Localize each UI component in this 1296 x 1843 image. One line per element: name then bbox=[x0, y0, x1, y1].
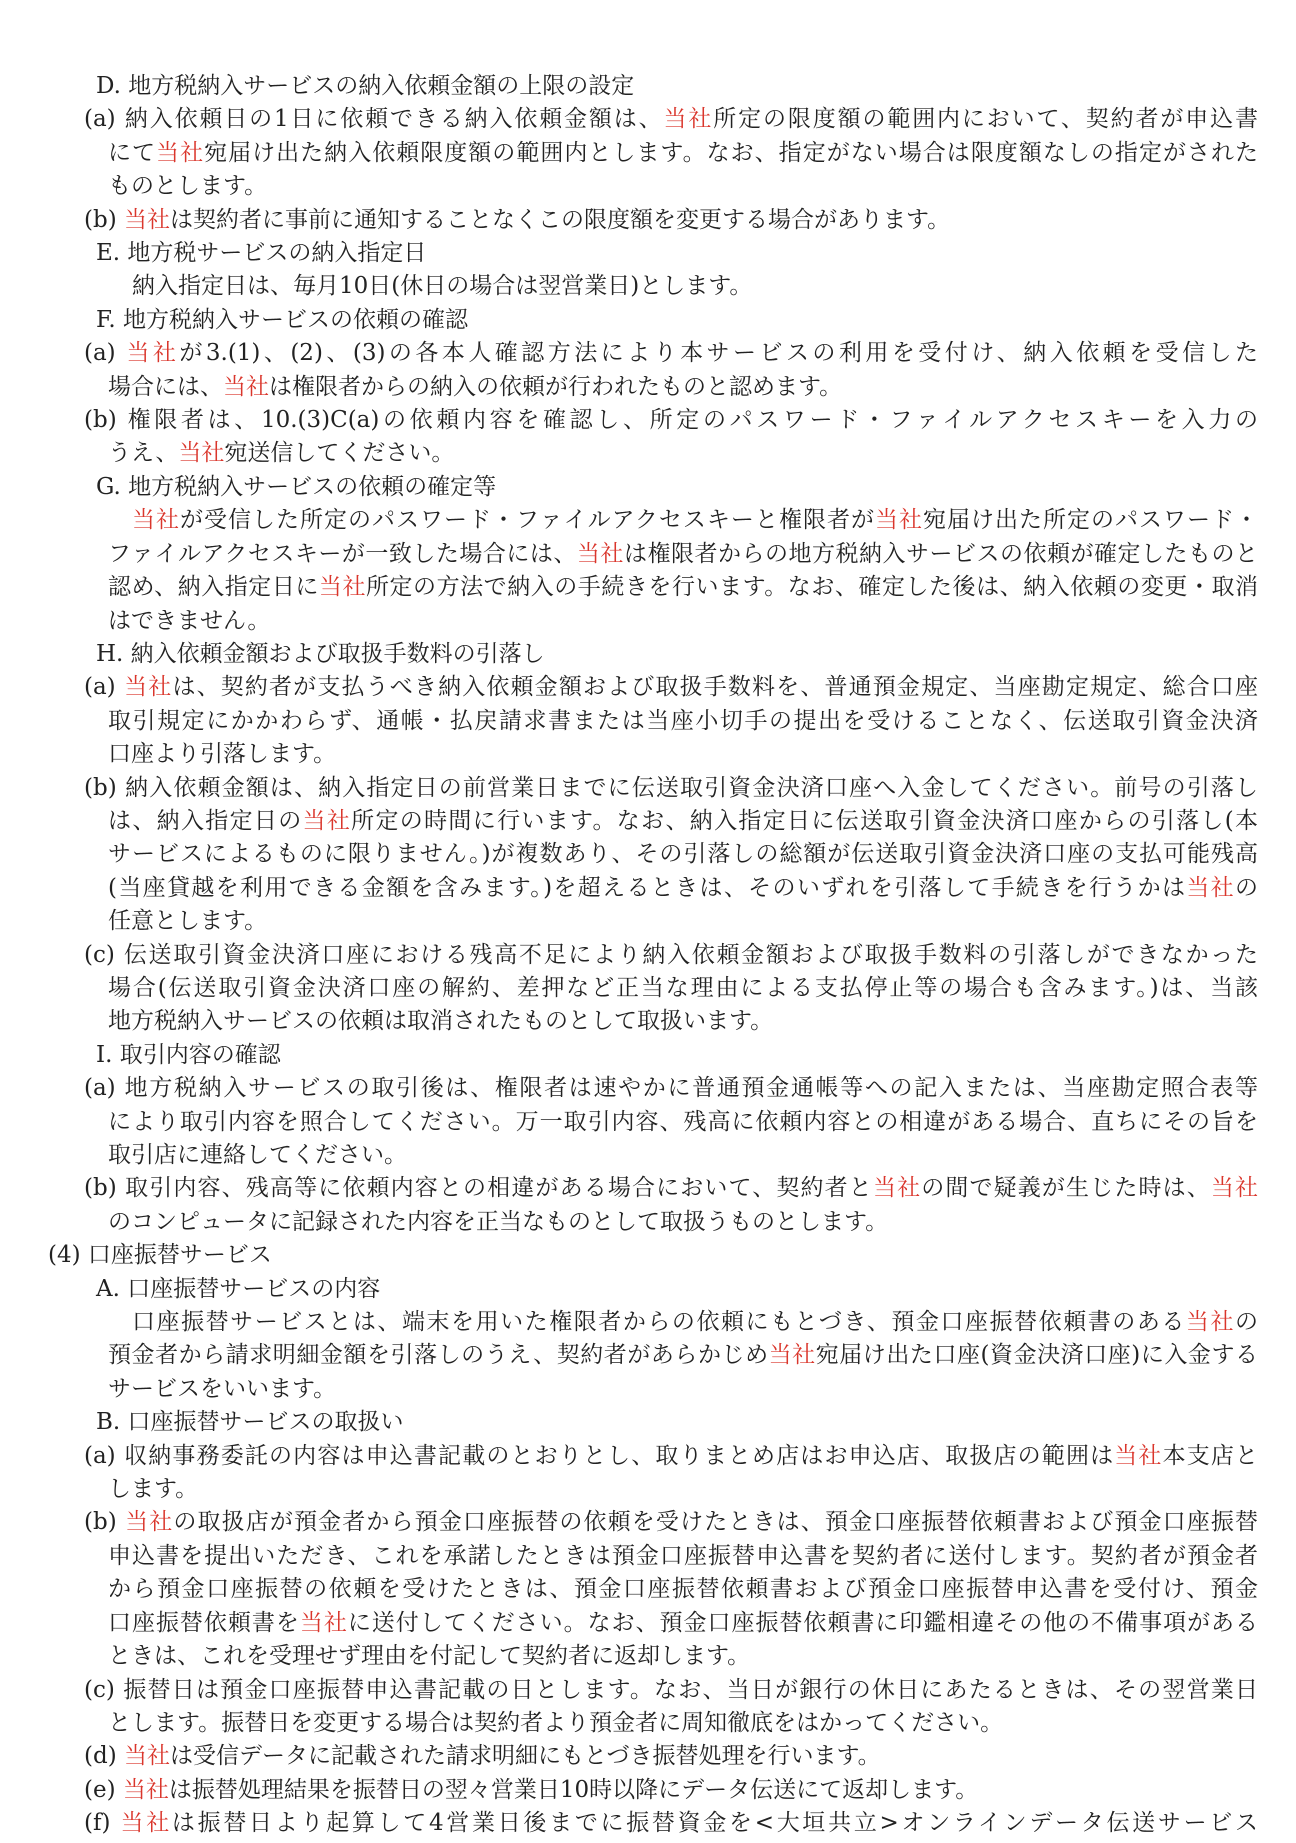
company-term-highlight: 当社 bbox=[873, 1175, 921, 1201]
text-segment: サービスによるものに限りません。)が複数あり、その引落しの総額が伝送取引資金決済… bbox=[108, 841, 1258, 867]
text-segment: 認め、納入指定日に bbox=[108, 574, 319, 600]
text-segment: が受信した所定のパスワード・ファイルアクセスキーと権限者が bbox=[180, 507, 875, 533]
text-line: 口座振替依頼書を当社に送付してください。なお、預金口座振替依頼書に印鑑相違その他… bbox=[0, 1607, 1258, 1640]
text-line: I. 取引内容の確認 bbox=[0, 1039, 1258, 1072]
text-segment: (f) bbox=[84, 1810, 120, 1836]
company-term-highlight: 当社 bbox=[126, 340, 179, 366]
text-line: サービスをいいます。 bbox=[0, 1373, 1258, 1406]
text-segment: B. 口座振替サービスの取扱い bbox=[96, 1409, 404, 1435]
text-segment: 申込書を提出いただき、これを承諾したときは預金口座振替申込書を契約者に送付します… bbox=[108, 1543, 1258, 1569]
text-line: 場合には、当社は権限者からの納入の依頼が行われたものと認めます。 bbox=[0, 371, 1258, 404]
text-line: (f) 当社は振替日より起算して4営業日後までに振替資金を<大垣共立>オンライン… bbox=[0, 1807, 1258, 1840]
text-line: 預金者から請求明細金額を引落しのうえ、契約者があらかじめ当社宛届け出た口座(資金… bbox=[0, 1339, 1258, 1372]
company-term-highlight: 当社 bbox=[156, 140, 204, 166]
company-term-highlight: 当社 bbox=[124, 207, 170, 233]
text-segment: 納入指定日は、毎月10日(休日の場合は翌営業日)とします。 bbox=[132, 273, 752, 299]
text-segment: 口座振替サービスとは、端末を用いた権限者からの依頼にもとづき、預金口座振替依頼書… bbox=[132, 1309, 1186, 1335]
text-segment: うえ、 bbox=[108, 440, 178, 466]
text-segment: (d) bbox=[84, 1743, 124, 1769]
text-line: 場合(伝送取引資金決済口座の解約、差押など正当な理由による支払停止等の場合も含み… bbox=[0, 972, 1258, 1005]
text-segment: (b) 納入依頼金額は、納入指定日の前営業日までに伝送取引資金決済口座へ入金して… bbox=[84, 775, 1258, 801]
text-segment: H. 納入依頼金額および取扱手数料の引落し bbox=[96, 641, 545, 667]
text-line: D. 地方税納入サービスの納入依頼金額の上限の設定 bbox=[0, 70, 1258, 103]
text-line: 取引規定にかかわらず、通帳・払戻請求書または当座小切手の提出を受けることなく、伝… bbox=[0, 705, 1258, 738]
company-term-highlight: 当社 bbox=[1186, 1309, 1235, 1335]
text-line: H. 納入依頼金額および取扱手数料の引落し bbox=[0, 638, 1258, 671]
text-segment: が3.(1)、(2)、(3)の各本人確認方法により本サービスの利用を受付け、納入… bbox=[179, 340, 1258, 366]
text-segment: 所定の限度額の範囲内において、契約者が申込書 bbox=[713, 106, 1258, 132]
company-term-highlight: 当社 bbox=[664, 106, 714, 132]
text-segment: (b) bbox=[84, 207, 124, 233]
text-segment: 宛届け出た納入依頼限度額の範囲内とします。なお、指定がない場合は限度額なしの指定… bbox=[204, 140, 1258, 166]
text-line: (d) 当社は受信データに記載された請求明細にもとづき振替処理を行います。 bbox=[0, 1740, 1258, 1773]
text-segment: とします。振替日を変更する場合は契約者より預金者に周知徹底をはかってください。 bbox=[108, 1710, 1003, 1736]
text-line: 認め、納入指定日に当社所定の方法で納入の手続きを行います。なお、確定した後は、納… bbox=[0, 571, 1258, 604]
text-segment: はできません。 bbox=[108, 608, 270, 634]
company-term-highlight: 当社 bbox=[1114, 1443, 1162, 1469]
text-line: (a) 当社が3.(1)、(2)、(3)の各本人確認方法により本サービスの利用を… bbox=[0, 337, 1258, 370]
text-line: (4) 口座振替サービス bbox=[0, 1239, 1258, 1272]
text-line: (e) 当社は振替処理結果を振替日の翌々営業日10時以降にデータ伝送にて返却しま… bbox=[0, 1774, 1258, 1807]
text-line: にて当社宛届け出た納入依頼限度額の範囲内とします。なお、指定がない場合は限度額な… bbox=[0, 137, 1258, 170]
company-term-highlight: 当社 bbox=[1211, 1175, 1258, 1201]
text-segment: (a) 収納事務委託の内容は申込書記載のとおりとし、取りまとめ店はお申込店、取扱… bbox=[84, 1443, 1114, 1469]
text-line: 納入指定日は、毎月10日(休日の場合は翌営業日)とします。 bbox=[0, 270, 1258, 303]
text-segment: 口座振替依頼書を bbox=[108, 1610, 300, 1636]
text-segment: は契約者に事前に通知することなくこの限度額を変更する場合があります。 bbox=[170, 207, 950, 233]
text-segment: I. 取引内容の確認 bbox=[96, 1042, 281, 1068]
company-term-highlight: 当社 bbox=[303, 808, 352, 834]
text-segment: 所定の方法で納入の手続きを行います。なお、確定した後は、納入依頼の変更・取消 bbox=[366, 574, 1258, 600]
text-segment: F. 地方税納入サービスの依頼の確認 bbox=[96, 307, 468, 333]
text-line: により取引内容を照合してください。万一取引内容、残高に依頼内容との相違がある場合… bbox=[0, 1106, 1258, 1139]
text-line: (a) 納入依頼日の1日に依頼できる納入依頼金額は、当社所定の限度額の範囲内にお… bbox=[0, 103, 1258, 136]
text-segment: の取扱店が預金者から預金口座振替の依頼を受けたときは、預金口座振替依頼書および預… bbox=[173, 1509, 1258, 1535]
text-line: うえ、当社宛送信してください。 bbox=[0, 437, 1258, 470]
document-body: D. 地方税納入サービスの納入依頼金額の上限の設定(a) 納入依頼日の1日に依頼… bbox=[0, 70, 1258, 1841]
text-segment: 本支店と bbox=[1163, 1443, 1258, 1469]
text-segment: 地方税納入サービスの依頼は取消されたものとして取扱います。 bbox=[108, 1008, 773, 1034]
text-segment: にて bbox=[108, 140, 156, 166]
company-term-highlight: 当社 bbox=[124, 674, 172, 700]
text-segment: 任意とします。 bbox=[108, 908, 267, 934]
text-segment: 所定の時間に行います。なお、納入指定日に伝送取引資金決済口座からの引落し(本 bbox=[351, 808, 1258, 834]
text-segment: (e) bbox=[84, 1777, 123, 1803]
text-segment: (a) 納入依頼日の1日に依頼できる納入依頼金額は、 bbox=[84, 106, 664, 132]
text-segment: ファイルアクセスキーが一致した場合には、 bbox=[108, 541, 577, 567]
text-segment: により取引内容を照合してください。万一取引内容、残高に依頼内容との相違がある場合… bbox=[108, 1109, 1258, 1135]
company-term-highlight: 当社 bbox=[178, 440, 224, 466]
company-term-highlight: 当社 bbox=[132, 507, 180, 533]
text-line: (当座貸越を利用できる金額を含みます。)を超えるときは、そのいずれを引落して手続… bbox=[0, 872, 1258, 905]
text-segment: A. 口座振替サービスの内容 bbox=[96, 1276, 380, 1302]
text-line: F. 地方税納入サービスの依頼の確認 bbox=[0, 304, 1258, 337]
text-segment: は、納入指定日の bbox=[108, 808, 303, 834]
text-segment: のコンピュータに記録された内容を正当なものとして取扱うものとします。 bbox=[108, 1209, 888, 1235]
text-segment: は、契約者が支払うべき納入依頼金額および取扱手数料を、普通預金規定、当座勘定規定… bbox=[172, 674, 1258, 700]
text-line: (a) 収納事務委託の内容は申込書記載のとおりとし、取りまとめ店はお申込店、取扱… bbox=[0, 1440, 1258, 1473]
text-segment: 場合(伝送取引資金決済口座の解約、差押など正当な理由による支払停止等の場合も含み… bbox=[108, 975, 1258, 1001]
text-segment: は振替日より起算して4営業日後までに振替資金を<大垣共立>オンラインデータ伝送サ… bbox=[172, 1810, 1258, 1836]
text-segment: 場合には、 bbox=[108, 374, 223, 400]
company-term-highlight: 当社 bbox=[1186, 875, 1235, 901]
text-segment: ときは、これを受理せず理由を付記して契約者に返却します。 bbox=[108, 1643, 750, 1669]
company-term-highlight: 当社 bbox=[875, 507, 923, 533]
text-segment: (b) 権限者は、10.(3)C(a)の依頼内容を確認し、所定のパスワード・ファ… bbox=[84, 407, 1258, 433]
text-segment: (4) 口座振替サービス bbox=[48, 1242, 272, 1268]
text-segment: は受信データに記載された請求明細にもとづき振替処理を行います。 bbox=[170, 1743, 881, 1769]
text-segment: 口座より引落します。 bbox=[108, 741, 336, 767]
text-line: します。 bbox=[0, 1473, 1258, 1506]
text-line: のコンピュータに記録された内容を正当なものとして取扱うものとします。 bbox=[0, 1206, 1258, 1239]
text-segment: 宛届け出た所定のパスワード・ bbox=[923, 507, 1258, 533]
text-line: は、納入指定日の当社所定の時間に行います。なお、納入指定日に伝送取引資金決済口座… bbox=[0, 805, 1258, 838]
text-line: (b) 当社の取扱店が預金者から預金口座振替の依頼を受けたときは、預金口座振替依… bbox=[0, 1506, 1258, 1539]
company-term-highlight: 当社 bbox=[577, 541, 624, 567]
text-line: 地方税納入サービスの依頼は取消されたものとして取扱います。 bbox=[0, 1005, 1258, 1038]
text-line: 申込書を提出いただき、これを承諾したときは預金口座振替申込書を契約者に送付します… bbox=[0, 1540, 1258, 1573]
document-page: D. 地方税納入サービスの納入依頼金額の上限の設定(a) 納入依頼日の1日に依頼… bbox=[0, 0, 1296, 1843]
text-segment: 宛送信してください。 bbox=[224, 440, 454, 466]
text-segment: G. 地方税納入サービスの依頼の確定等 bbox=[96, 474, 496, 500]
text-line: (b) 権限者は、10.(3)C(a)の依頼内容を確認し、所定のパスワード・ファ… bbox=[0, 404, 1258, 437]
company-term-highlight: 当社 bbox=[123, 1777, 169, 1803]
text-line: 当社が受信した所定のパスワード・ファイルアクセスキーと権限者が当社宛届け出た所定… bbox=[0, 504, 1258, 537]
text-line: 任意とします。 bbox=[0, 905, 1258, 938]
text-line: (a) 地方税納入サービスの取引後は、権限者は速やかに普通預金通帳等への記入また… bbox=[0, 1072, 1258, 1105]
text-segment: は権限者からの地方税納入サービスの依頼が確定したものと bbox=[624, 541, 1258, 567]
text-line: (b) 取引内容、残高等に依頼内容との相違がある場合において、契約者と当社の間で… bbox=[0, 1172, 1258, 1205]
text-line: 取引店に連絡してください。 bbox=[0, 1139, 1258, 1172]
text-segment: (b) bbox=[84, 1509, 125, 1535]
text-line: E. 地方税サービスの納入指定日 bbox=[0, 237, 1258, 270]
text-segment: します。 bbox=[108, 1476, 198, 1502]
text-segment: (c) 伝送取引資金決済口座における残高不足により納入依頼金額および取扱手数料の… bbox=[84, 942, 1258, 968]
text-line: B. 口座振替サービスの取扱い bbox=[0, 1406, 1258, 1439]
text-segment: (当座貸越を利用できる金額を含みます。)を超えるときは、そのいずれを引落して手続… bbox=[108, 875, 1186, 901]
text-line: (b) 納入依頼金額は、納入指定日の前営業日までに伝送取引資金決済口座へ入金して… bbox=[0, 772, 1258, 805]
text-segment: (a) 地方税納入サービスの取引後は、権限者は速やかに普通預金通帳等への記入また… bbox=[84, 1075, 1258, 1101]
company-term-highlight: 当社 bbox=[319, 574, 366, 600]
text-segment: の bbox=[1235, 1309, 1258, 1335]
text-segment: 宛届け出た口座(資金決済口座)に入金する bbox=[816, 1342, 1258, 1368]
text-segment: 取引規定にかかわらず、通帳・払戻請求書または当座小切手の提出を受けることなく、伝… bbox=[108, 708, 1258, 734]
text-line: サービスによるものに限りません。)が複数あり、その引落しの総額が伝送取引資金決済… bbox=[0, 838, 1258, 871]
text-line: (c) 振替日は預金口座振替申込書記載の日とします。なお、当日が銀行の休日にあた… bbox=[0, 1674, 1258, 1707]
text-segment: 預金者から請求明細金額を引落しのうえ、契約者があらかじめ bbox=[108, 1342, 769, 1368]
text-segment: D. 地方税納入サービスの納入依頼金額の上限の設定 bbox=[96, 73, 634, 99]
text-segment: は振替処理結果を振替日の翌々営業日10時以降にデータ伝送にて返却します。 bbox=[169, 1777, 978, 1803]
text-segment: (a) bbox=[84, 674, 124, 700]
text-line: はできません。 bbox=[0, 605, 1258, 638]
text-line: G. 地方税納入サービスの依頼の確定等 bbox=[0, 471, 1258, 504]
text-segment: E. 地方税サービスの納入指定日 bbox=[96, 240, 426, 266]
text-line: から預金口座振替の依頼を受けたときは、預金口座振替依頼書および預金口座振替申込書… bbox=[0, 1573, 1258, 1606]
company-term-highlight: 当社 bbox=[769, 1342, 816, 1368]
text-segment: サービスをいいます。 bbox=[108, 1376, 336, 1402]
text-segment: の bbox=[1235, 875, 1258, 901]
text-line: ファイルアクセスキーが一致した場合には、当社は権限者からの地方税納入サービスの依… bbox=[0, 538, 1258, 571]
company-term-highlight: 当社 bbox=[125, 1509, 173, 1535]
text-line: (c) 伝送取引資金決済口座における残高不足により納入依頼金額および取扱手数料の… bbox=[0, 939, 1258, 972]
text-segment: に送付してください。なお、預金口座振替依頼書に印鑑相違その他の不備事項がある bbox=[348, 1610, 1258, 1636]
text-segment: ものとします。 bbox=[108, 173, 267, 199]
text-segment: は権限者からの納入の依頼が行われたものと認めます。 bbox=[269, 374, 842, 400]
text-line: 口座より引落します。 bbox=[0, 738, 1258, 771]
text-segment: の間で疑義が生じた時は、 bbox=[921, 1175, 1211, 1201]
text-segment: (c) 振替日は預金口座振替申込書記載の日とします。なお、当日が銀行の休日にあた… bbox=[84, 1677, 1258, 1703]
text-segment: (a) bbox=[84, 340, 126, 366]
text-segment: から預金口座振替の依頼を受けたときは、預金口座振替依頼書および預金口座振替申込書… bbox=[108, 1576, 1258, 1602]
company-term-highlight: 当社 bbox=[120, 1810, 171, 1836]
text-line: (a) 当社は、契約者が支払うべき納入依頼金額および取扱手数料を、普通預金規定、… bbox=[0, 671, 1258, 704]
text-line: ものとします。 bbox=[0, 170, 1258, 203]
text-line: とします。振替日を変更する場合は契約者より預金者に周知徹底をはかってください。 bbox=[0, 1707, 1258, 1740]
text-line: ときは、これを受理せず理由を付記して契約者に返却します。 bbox=[0, 1640, 1258, 1673]
text-segment: 取引店に連絡してください。 bbox=[108, 1142, 407, 1168]
company-term-highlight: 当社 bbox=[124, 1743, 170, 1769]
text-line: 口座振替サービスとは、端末を用いた権限者からの依頼にもとづき、預金口座振替依頼書… bbox=[0, 1306, 1258, 1339]
company-term-highlight: 当社 bbox=[300, 1610, 348, 1636]
company-term-highlight: 当社 bbox=[223, 374, 269, 400]
text-segment: (b) 取引内容、残高等に依頼内容との相違がある場合において、契約者と bbox=[84, 1175, 873, 1201]
text-line: A. 口座振替サービスの内容 bbox=[0, 1273, 1258, 1306]
text-line: (b) 当社は契約者に事前に通知することなくこの限度額を変更する場合があります。 bbox=[0, 204, 1258, 237]
